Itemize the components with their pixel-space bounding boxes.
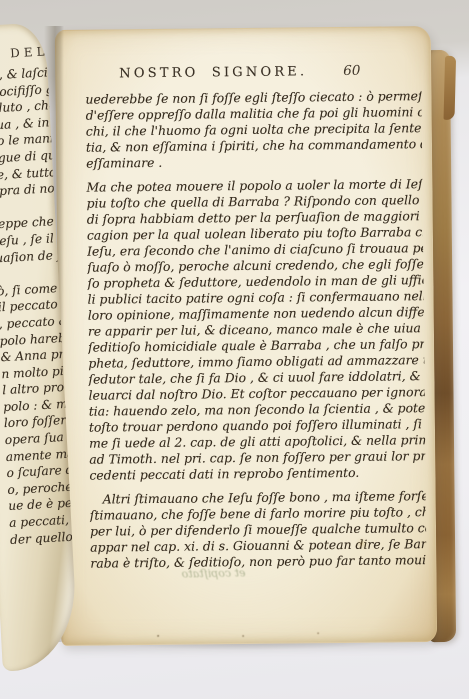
text-line: eſſaminare . [86,152,422,172]
paragraph-3: Altri ſtimauano che Ieſu foſſe bono , ma… [90,488,427,572]
paragraph-2: Ma che potea mouere il popolo a uoler la… [86,176,425,484]
photo-backdrop: NOSTRO SIGNORE. 60 uederebbe ſe non ſi f… [0,0,469,699]
paragraph-1: uederebbe ſe non ſi foſſe egli ſteſſo ci… [85,88,422,172]
text-block: NOSTRO SIGNORE. 60 uederebbe ſe non ſi f… [85,61,426,571]
page-header: NOSTRO SIGNORE. 60 [85,61,421,87]
book-page: NOSTRO SIGNORE. 60 uederebbe ſe non ſi f… [55,26,437,646]
text-line-fragment: der quello che doi ua [10,528,79,548]
folio-number: 60 [343,63,360,79]
text-line: cedenti peccati dati in reprobo ſentimen… [89,464,425,484]
show-through-ghost-text: et copiſtato [95,566,245,583]
running-title: NOSTRO SIGNORE. [119,64,307,81]
